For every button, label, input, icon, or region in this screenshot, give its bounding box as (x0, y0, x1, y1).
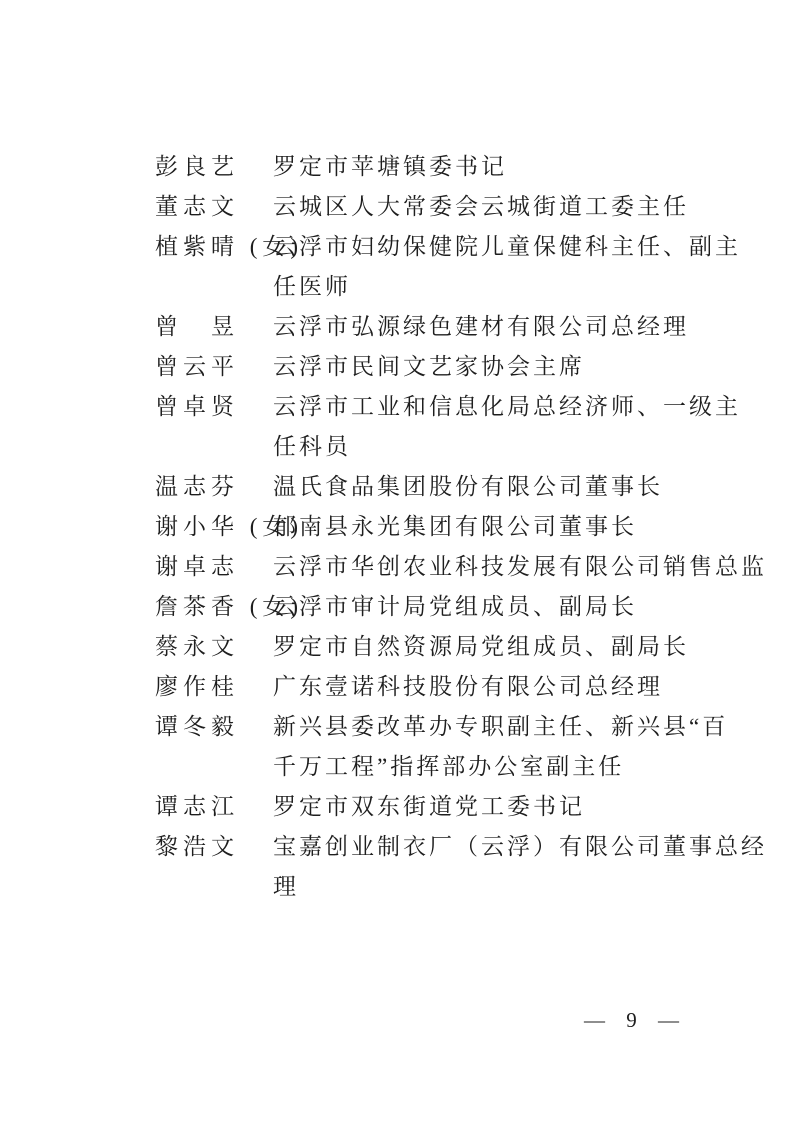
person-position: 新兴县委改革办专职副主任、新兴县“百 千万工程”指挥部办公室副主任 (273, 707, 780, 787)
roster-row: 曾云平云浮市民间文艺家协会主席 (155, 347, 780, 387)
roster-list: 彭良艺罗定市苹塘镇委书记董志文云城区人大常委会云城街道工委主任植紫晴 (女)云浮… (155, 147, 780, 907)
person-name: 温志芬 (155, 467, 239, 507)
person-position: 温氏食品集团股份有限公司董事长 (273, 467, 780, 507)
roster-row: 谢卓志云浮市华创农业科技发展有限公司销售总监 (155, 547, 780, 587)
roster-row: 蔡永文罗定市自然资源局党组成员、副局长 (155, 627, 780, 667)
roster-row: 谢小华 (女)郁南县永光集团有限公司董事长 (155, 507, 780, 547)
roster-row: 廖作桂广东壹诺科技股份有限公司总经理 (155, 667, 780, 707)
person-name: 谢小华 (女) (155, 507, 303, 547)
roster-row: 彭良艺罗定市苹塘镇委书记 (155, 147, 780, 187)
roster-row: 曾 昱云浮市弘源绿色建材有限公司总经理 (155, 307, 780, 347)
roster-row: 植紫晴 (女)云浮市妇幼保健院儿童保健科主任、副主 任医师 (155, 227, 780, 307)
person-position: 宝嘉创业制衣厂（云浮）有限公司董事总经理 (273, 827, 780, 907)
person-name: 彭良艺 (155, 147, 239, 187)
person-name: 曾云平 (155, 347, 239, 387)
person-name: 董志文 (155, 187, 239, 227)
person-name: 曾 昱 (155, 307, 239, 347)
roster-row: 黎浩文宝嘉创业制衣厂（云浮）有限公司董事总经理 (155, 827, 780, 907)
person-name: 蔡永文 (155, 627, 239, 667)
person-position: 罗定市自然资源局党组成员、副局长 (273, 627, 780, 667)
person-position: 云浮市弘源绿色建材有限公司总经理 (273, 307, 780, 347)
person-position: 郁南县永光集团有限公司董事长 (273, 507, 780, 547)
roster-row: 曾卓贤云浮市工业和信息化局总经济师、一级主 任科员 (155, 387, 780, 467)
person-position: 云浮市华创农业科技发展有限公司销售总监 (273, 547, 780, 587)
person-name: 曾卓贤 (155, 387, 239, 427)
person-position: 广东壹诺科技股份有限公司总经理 (273, 667, 780, 707)
person-name: 谭冬毅 (155, 707, 239, 747)
person-name: 谢卓志 (155, 547, 239, 587)
person-name: 廖作桂 (155, 667, 239, 707)
person-position: 罗定市苹塘镇委书记 (273, 147, 780, 187)
roster-row: 董志文云城区人大常委会云城街道工委主任 (155, 187, 780, 227)
person-position: 云城区人大常委会云城街道工委主任 (273, 187, 780, 227)
person-position: 罗定市双东街道党工委书记 (273, 787, 780, 827)
person-name: 詹茶香 (女) (155, 587, 303, 627)
document-page: 彭良艺罗定市苹塘镇委书记董志文云城区人大常委会云城街道工委主任植紫晴 (女)云浮… (0, 0, 800, 1131)
person-position: 云浮市工业和信息化局总经济师、一级主 任科员 (273, 387, 780, 467)
person-position: 云浮市妇幼保健院儿童保健科主任、副主 任医师 (273, 227, 780, 307)
page-number: — 9 — (584, 1007, 682, 1033)
person-position: 云浮市审计局党组成员、副局长 (273, 587, 780, 627)
roster-row: 温志芬温氏食品集团股份有限公司董事长 (155, 467, 780, 507)
roster-row: 谭志江罗定市双东街道党工委书记 (155, 787, 780, 827)
person-name: 谭志江 (155, 787, 239, 827)
roster-row: 谭冬毅新兴县委改革办专职副主任、新兴县“百 千万工程”指挥部办公室副主任 (155, 707, 780, 787)
person-name: 植紫晴 (女) (155, 227, 303, 267)
roster-row: 詹茶香 (女)云浮市审计局党组成员、副局长 (155, 587, 780, 627)
person-position: 云浮市民间文艺家协会主席 (273, 347, 780, 387)
person-name: 黎浩文 (155, 827, 239, 867)
